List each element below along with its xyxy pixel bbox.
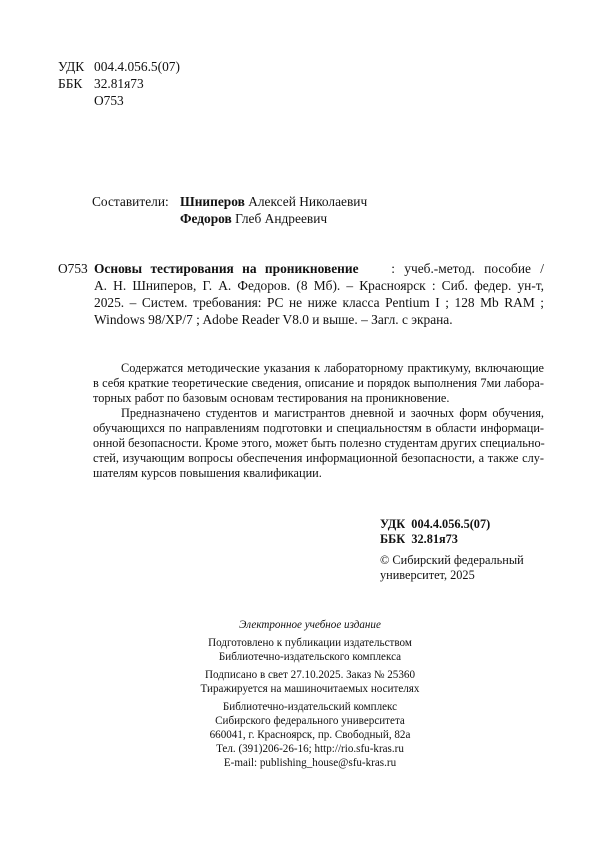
publisher-line: Библиотечно-издательский комплекс (200, 702, 420, 713)
edition-type: Электронное учебное издание (200, 620, 420, 631)
publisher-address: 660041, г. Красноярск, пр. Свободный, 82… (200, 730, 420, 741)
udk-label: УДК (58, 60, 84, 73)
prepared-line-2: Библиотечно-издательского комплекса (200, 652, 420, 663)
bbk-value: 32.81я73 (94, 77, 144, 90)
publisher-email: E-mail: publishing_house@sfu-kras.ru (200, 758, 420, 769)
bib-mark: О753 (58, 262, 88, 275)
imprint: Электронное учебное издание Подготовлено… (200, 0, 440, 849)
publisher-line: Сибирского федерального университета (200, 716, 420, 727)
publisher-phone-website: Тел. (391)206-26-16; http://rio.sfu-kras… (200, 744, 420, 755)
signed-line: Подписано в свет 27.10.2025. Заказ № 253… (200, 670, 420, 681)
author-mark: О753 (94, 94, 124, 107)
compilers-label: Составители: (92, 195, 169, 208)
bbk-label: ББК (58, 77, 82, 90)
prepared-line-1: Подготовлено к публикации издательством (200, 638, 420, 649)
udk-value: 004.4.056.5(07) (94, 60, 180, 73)
replicated-line: Тиражируется на машиночитаемых носителях (200, 684, 420, 695)
